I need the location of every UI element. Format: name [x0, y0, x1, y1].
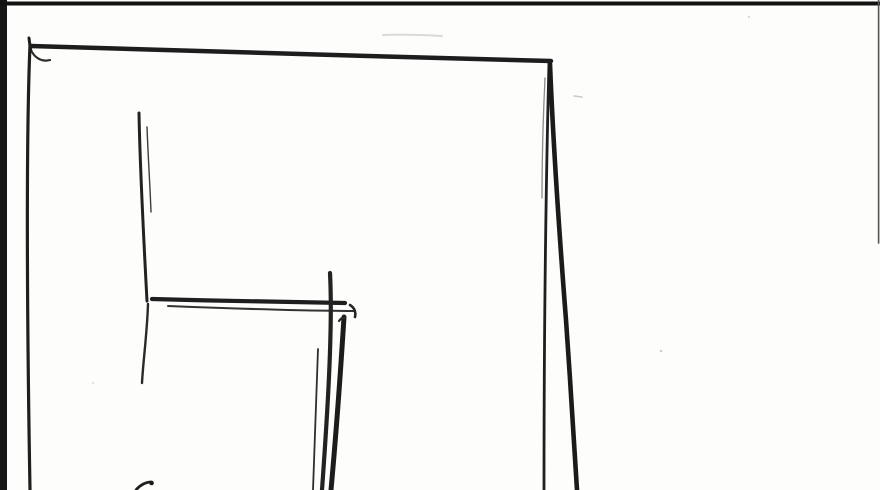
frame-right-inner-line — [544, 62, 549, 490]
scanned-sketch-page — [0, 0, 880, 490]
post-thin-stroke — [313, 349, 318, 490]
frame-top-line — [31, 46, 551, 61]
sketch-svg — [0, 0, 880, 490]
post-vertical-line — [322, 273, 331, 490]
wall-horizontal-double — [168, 306, 355, 311]
frame-left-line — [27, 45, 30, 490]
post-heavy-stroke — [331, 317, 344, 490]
frame-right-rough-edge — [542, 78, 545, 198]
wall-vertical-line — [139, 113, 147, 301]
speck-streak-top — [383, 35, 442, 36]
wall-horizontal-line — [152, 299, 345, 303]
speck-dash-right — [574, 96, 582, 97]
frame-top-left-hook — [32, 52, 50, 61]
wall-vertical-stub — [142, 304, 148, 383]
floor-tick — [136, 482, 151, 490]
frame-right-outer-line — [550, 64, 577, 490]
wall-vertical-double — [147, 127, 151, 212]
